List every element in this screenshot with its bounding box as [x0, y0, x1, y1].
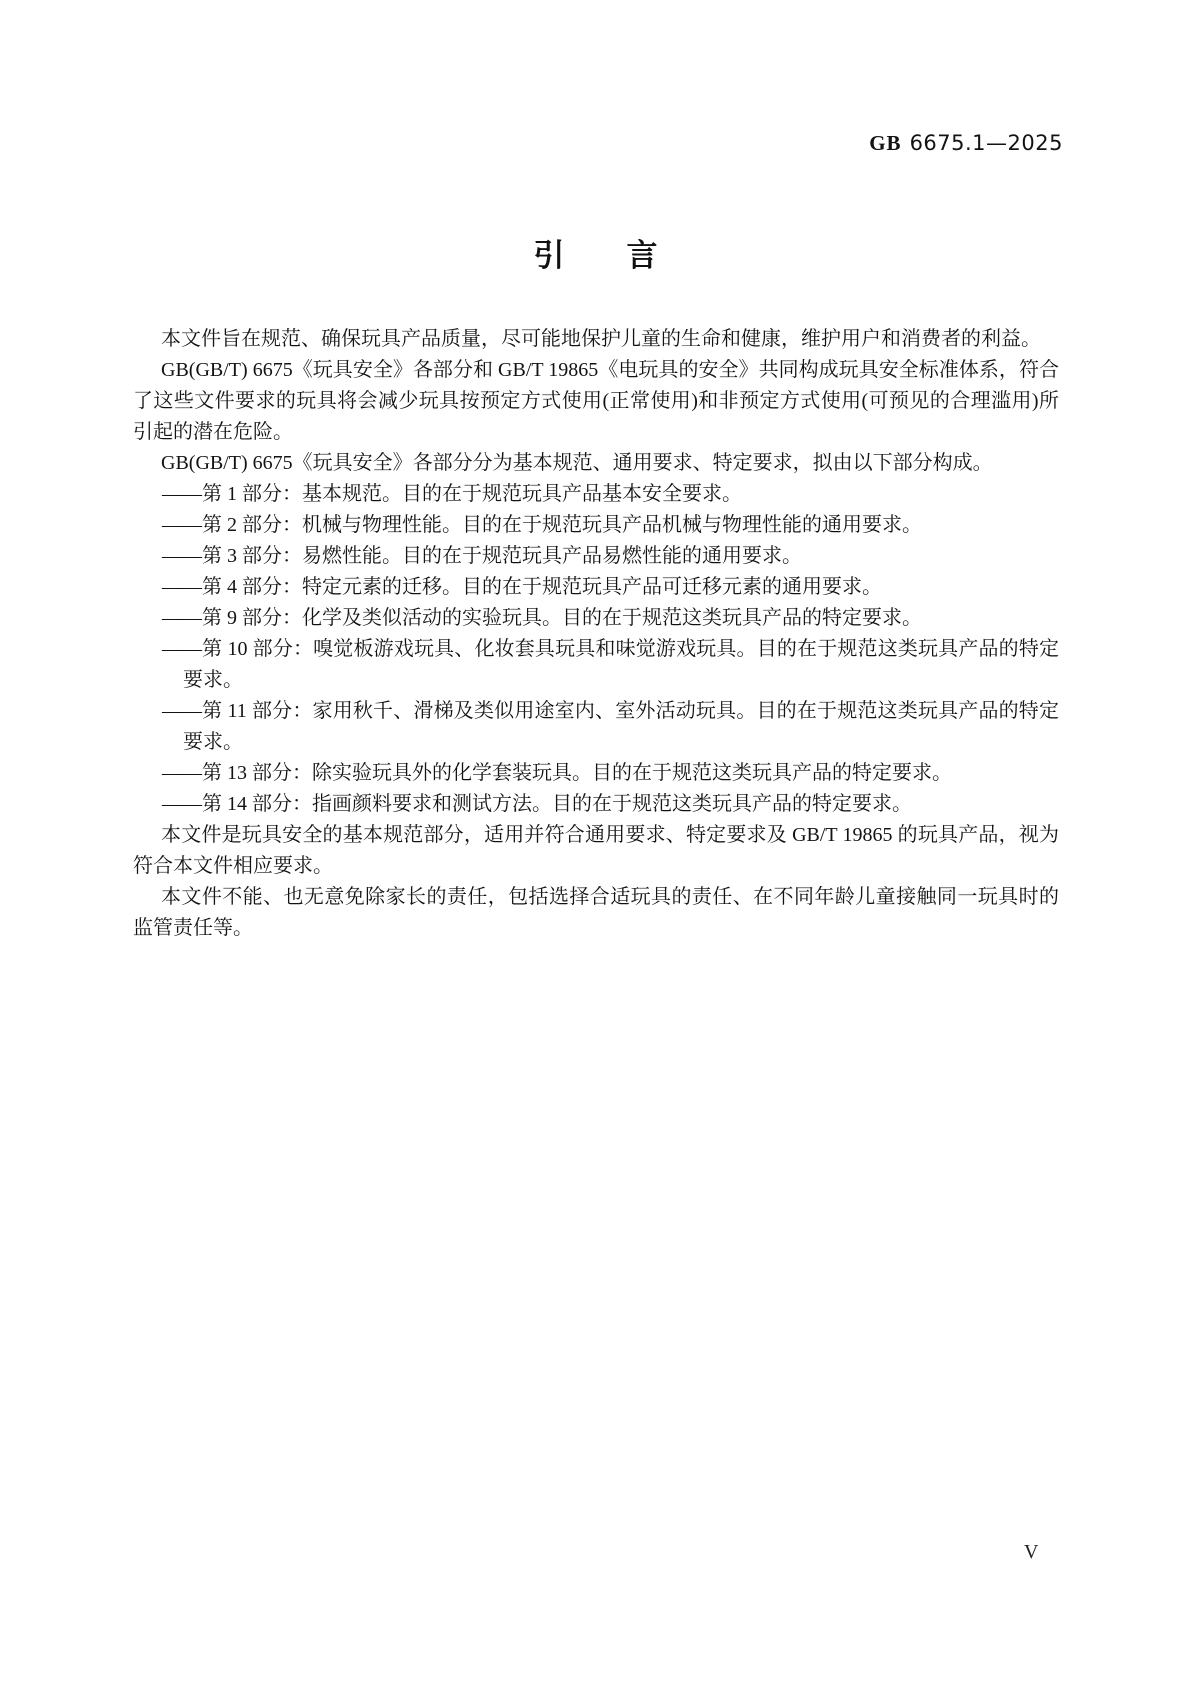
standard-code-number: 6675.1—2025 [910, 131, 1063, 155]
standard-code: GB6675.1—2025 [869, 131, 1063, 156]
standard-code-prefix: GB [869, 131, 901, 155]
part-list-item: ——第 4 部分：特定元素的迁移。目的在于规范玩具产品可迁移元素的通用要求。 [133, 572, 1059, 603]
paragraph-standard-system: GB(GB/T) 6675《玩具安全》各部分和 GB/T 19865《电玩具的安… [133, 355, 1059, 448]
paragraph-compliance: 本文件是玩具安全的基本规范部分，适用并符合通用要求、特定要求及 GB/T 198… [133, 820, 1059, 882]
part-list-item: ——第 11 部分：家用秋千、滑梯及类似用途室内、室外活动玩具。目的在于规范这类… [133, 696, 1059, 758]
part-list-item: ——第 9 部分：化学及类似活动的实验玩具。目的在于规范这类玩具产品的特定要求。 [133, 603, 1059, 634]
part-list-item: ——第 2 部分：机械与物理性能。目的在于规范玩具产品机械与物理性能的通用要求。 [133, 510, 1059, 541]
paragraph-parental-responsibility: 本文件不能、也无意免除家长的责任，包括选择合适玩具的责任、在不同年龄儿童接触同一… [133, 882, 1059, 944]
part-list-item: ——第 1 部分：基本规范。目的在于规范玩具产品基本安全要求。 [133, 479, 1059, 510]
page-number: V [1024, 1541, 1038, 1564]
paragraph-parts-intro: GB(GB/T) 6675《玩具安全》各部分分为基本规范、通用要求、特定要求，拟… [133, 448, 1059, 479]
part-list-item: ——第 14 部分：指画颜料要求和测试方法。目的在于规范这类玩具产品的特定要求。 [133, 789, 1059, 820]
part-list-item: ——第 3 部分：易燃性能。目的在于规范玩具产品易燃性能的通用要求。 [133, 541, 1059, 572]
part-list-item: ——第 13 部分：除实验玩具外的化学套装玩具。目的在于规范这类玩具产品的特定要… [133, 758, 1059, 789]
paragraph-scope: 本文件旨在规范、确保玩具产品质量，尽可能地保护儿童的生命和健康，维护用户和消费者… [133, 324, 1059, 355]
part-list-item: ——第 10 部分：嗅觉板游戏玩具、化妆套具玩具和味觉游戏玩具。目的在于规范这类… [133, 634, 1059, 696]
page-title: 引 言 [0, 230, 1191, 275]
document-page: GB6675.1—2025 引 言 本文件旨在规范、确保玩具产品质量，尽可能地保… [0, 0, 1191, 1684]
document-body: 本文件旨在规范、确保玩具产品质量，尽可能地保护儿童的生命和健康，维护用户和消费者… [133, 324, 1059, 944]
